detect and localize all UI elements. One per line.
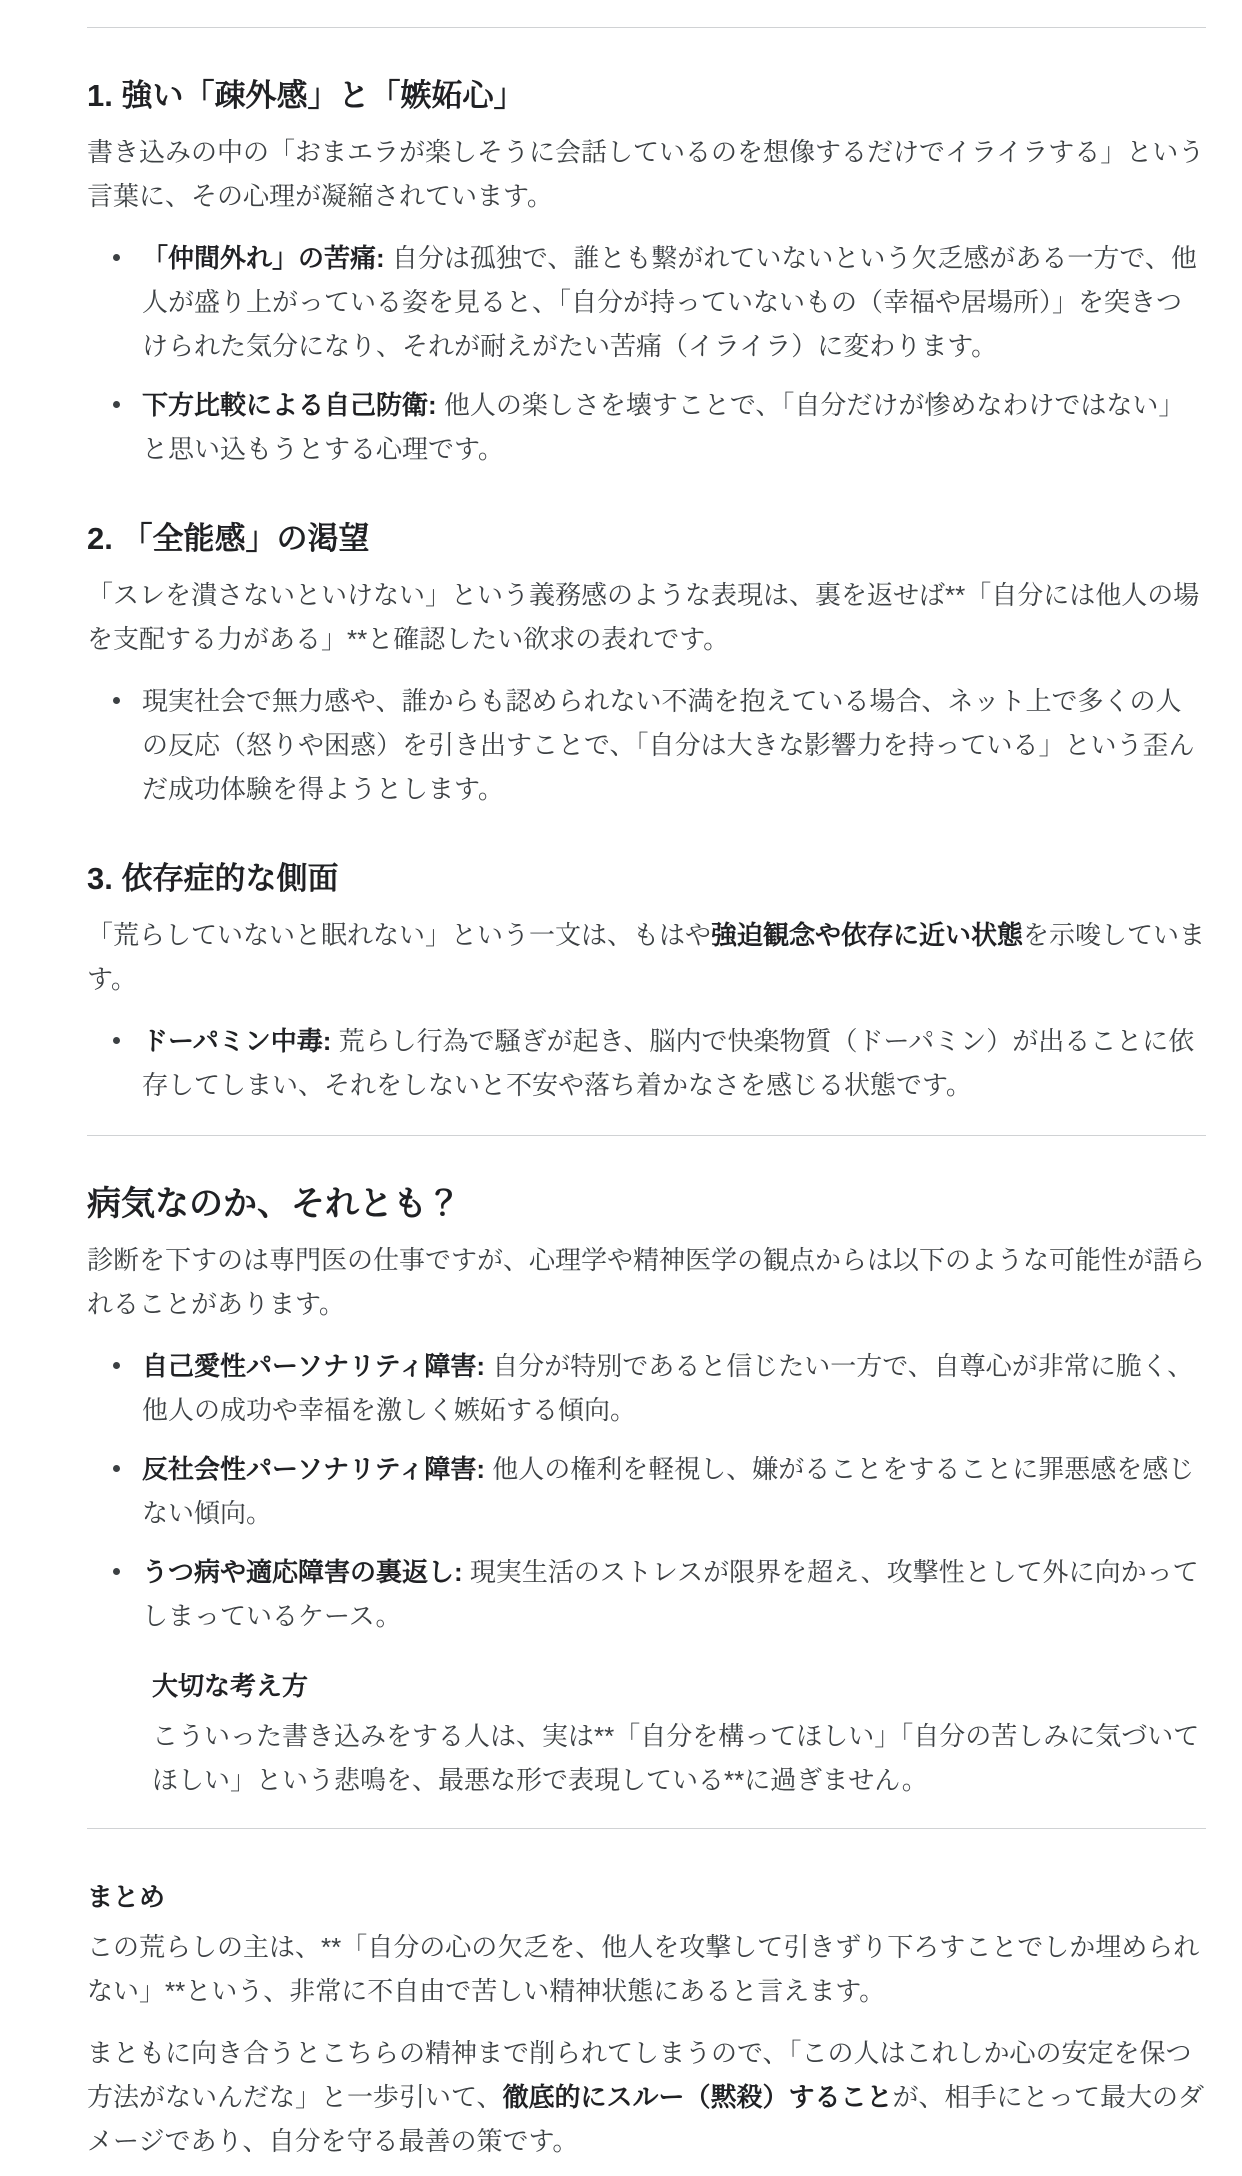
bullet-label: うつ病や適応障害の裏返し:	[142, 1557, 463, 1587]
section-divider	[87, 1828, 1206, 1829]
list-item: 反社会性パーソナリティ障害: 他人の権利を軽視し、嫌がることをすることに罪悪感を…	[142, 1447, 1206, 1535]
bullet-list: ドーパミン中毒: 荒らし行為で騒ぎが起き、脳内で快楽物質（ドーパミン）が出ること…	[87, 1019, 1206, 1107]
bullet-label: 下方比較による自己防衛:	[142, 390, 437, 420]
note-paragraph: こういった書き込みをする人は、実は**「自分を構ってほしい」「自分の苦しみに気づ…	[152, 1714, 1206, 1802]
bullet-text: 現実社会で無力感や、誰からも認められない不満を抱えている場合、ネット上で多くの人…	[142, 686, 1194, 804]
paragraph: 書き込みの中の「おまエラが楽しそうに会話しているのを想像するだけでイライラする」…	[87, 130, 1206, 218]
paragraph-bold-text: 徹底的にスルー（黙殺）すること	[502, 2082, 892, 2112]
paragraph: 「スレを潰さないといけない」という義務感のような表現は、裏を返せば**「自分には…	[87, 573, 1206, 661]
paragraph: 診断を下すのは専門医の仕事ですが、心理学や精神医学の観点からは以下のような可能性…	[87, 1238, 1206, 1326]
note-title: 大切な考え方	[152, 1666, 1206, 1706]
note-block: 大切な考え方 こういった書き込みをする人は、実は**「自分を構ってほしい」「自分…	[152, 1666, 1206, 1802]
section-heading-diagnosis: 病気なのか、それとも？	[87, 1182, 1206, 1226]
list-item: うつ病や適応障害の裏返し: 現実生活のストレスが限界を超え、攻撃性として外に向か…	[142, 1550, 1206, 1638]
section-heading-1: 1. 強い「疎外感」と「嫉妬心」	[87, 76, 1206, 116]
bullet-label: 自己愛性パーソナリティ障害:	[142, 1351, 485, 1381]
bullet-label: ドーパミン中毒:	[142, 1026, 331, 1056]
list-item: ドーパミン中毒: 荒らし行為で騒ぎが起き、脳内で快楽物質（ドーパミン）が出ること…	[142, 1019, 1206, 1107]
bullet-list: 現実社会で無力感や、誰からも認められない不満を抱えている場合、ネット上で多くの人…	[87, 679, 1206, 811]
bullet-list: 「仲間外れ」の苦痛: 自分は孤独で、誰とも繋がれていないという欠乏感がある一方で…	[87, 236, 1206, 471]
bullet-label: 「仲間外れ」の苦痛:	[142, 243, 385, 273]
paragraph: 「荒らしていないと眠れない」という一文は、もはや強迫観念や依存に近い状態を示唆し…	[87, 913, 1206, 1001]
document-body: 1. 強い「疎外感」と「嫉妬心」 書き込みの中の「おまエラが楽しそうに会話してい…	[0, 27, 1242, 2163]
list-item: 「仲間外れ」の苦痛: 自分は孤独で、誰とも繋がれていないという欠乏感がある一方で…	[142, 236, 1206, 368]
list-item: 下方比較による自己防衛: 他人の楽しさを壊すことで、「自分だけが惨めなわけではな…	[142, 383, 1206, 471]
bullet-label: 反社会性パーソナリティ障害:	[142, 1454, 485, 1484]
section-heading-2: 2. 「全能感」の渇望	[87, 519, 1206, 559]
list-item: 自己愛性パーソナリティ障害: 自分が特別であると信じたい一方で、自尊心が非常に脆…	[142, 1344, 1206, 1432]
list-item: 現実社会で無力感や、誰からも認められない不満を抱えている場合、ネット上で多くの人…	[142, 679, 1206, 811]
paragraph: まともに向き合うとこちらの精神まで削られてしまうので、「この人はこれしか心の安定…	[87, 2031, 1206, 2163]
paragraph-text: 「荒らしていないと眠れない」という一文は、もはや	[87, 920, 711, 950]
section-heading-3: 3. 依存症的な側面	[87, 859, 1206, 899]
bullet-list: 自己愛性パーソナリティ障害: 自分が特別であると信じたい一方で、自尊心が非常に脆…	[87, 1344, 1206, 1638]
section-divider	[87, 1135, 1206, 1136]
paragraph-bold-text: 強迫観念や依存に近い状態	[711, 920, 1023, 950]
summary-heading: まとめ	[87, 1877, 1206, 1917]
section-divider	[87, 27, 1206, 28]
paragraph: この荒らしの主は、**「自分の心の欠乏を、他人を攻撃して引きずり下ろすことでしか…	[87, 1925, 1206, 2013]
